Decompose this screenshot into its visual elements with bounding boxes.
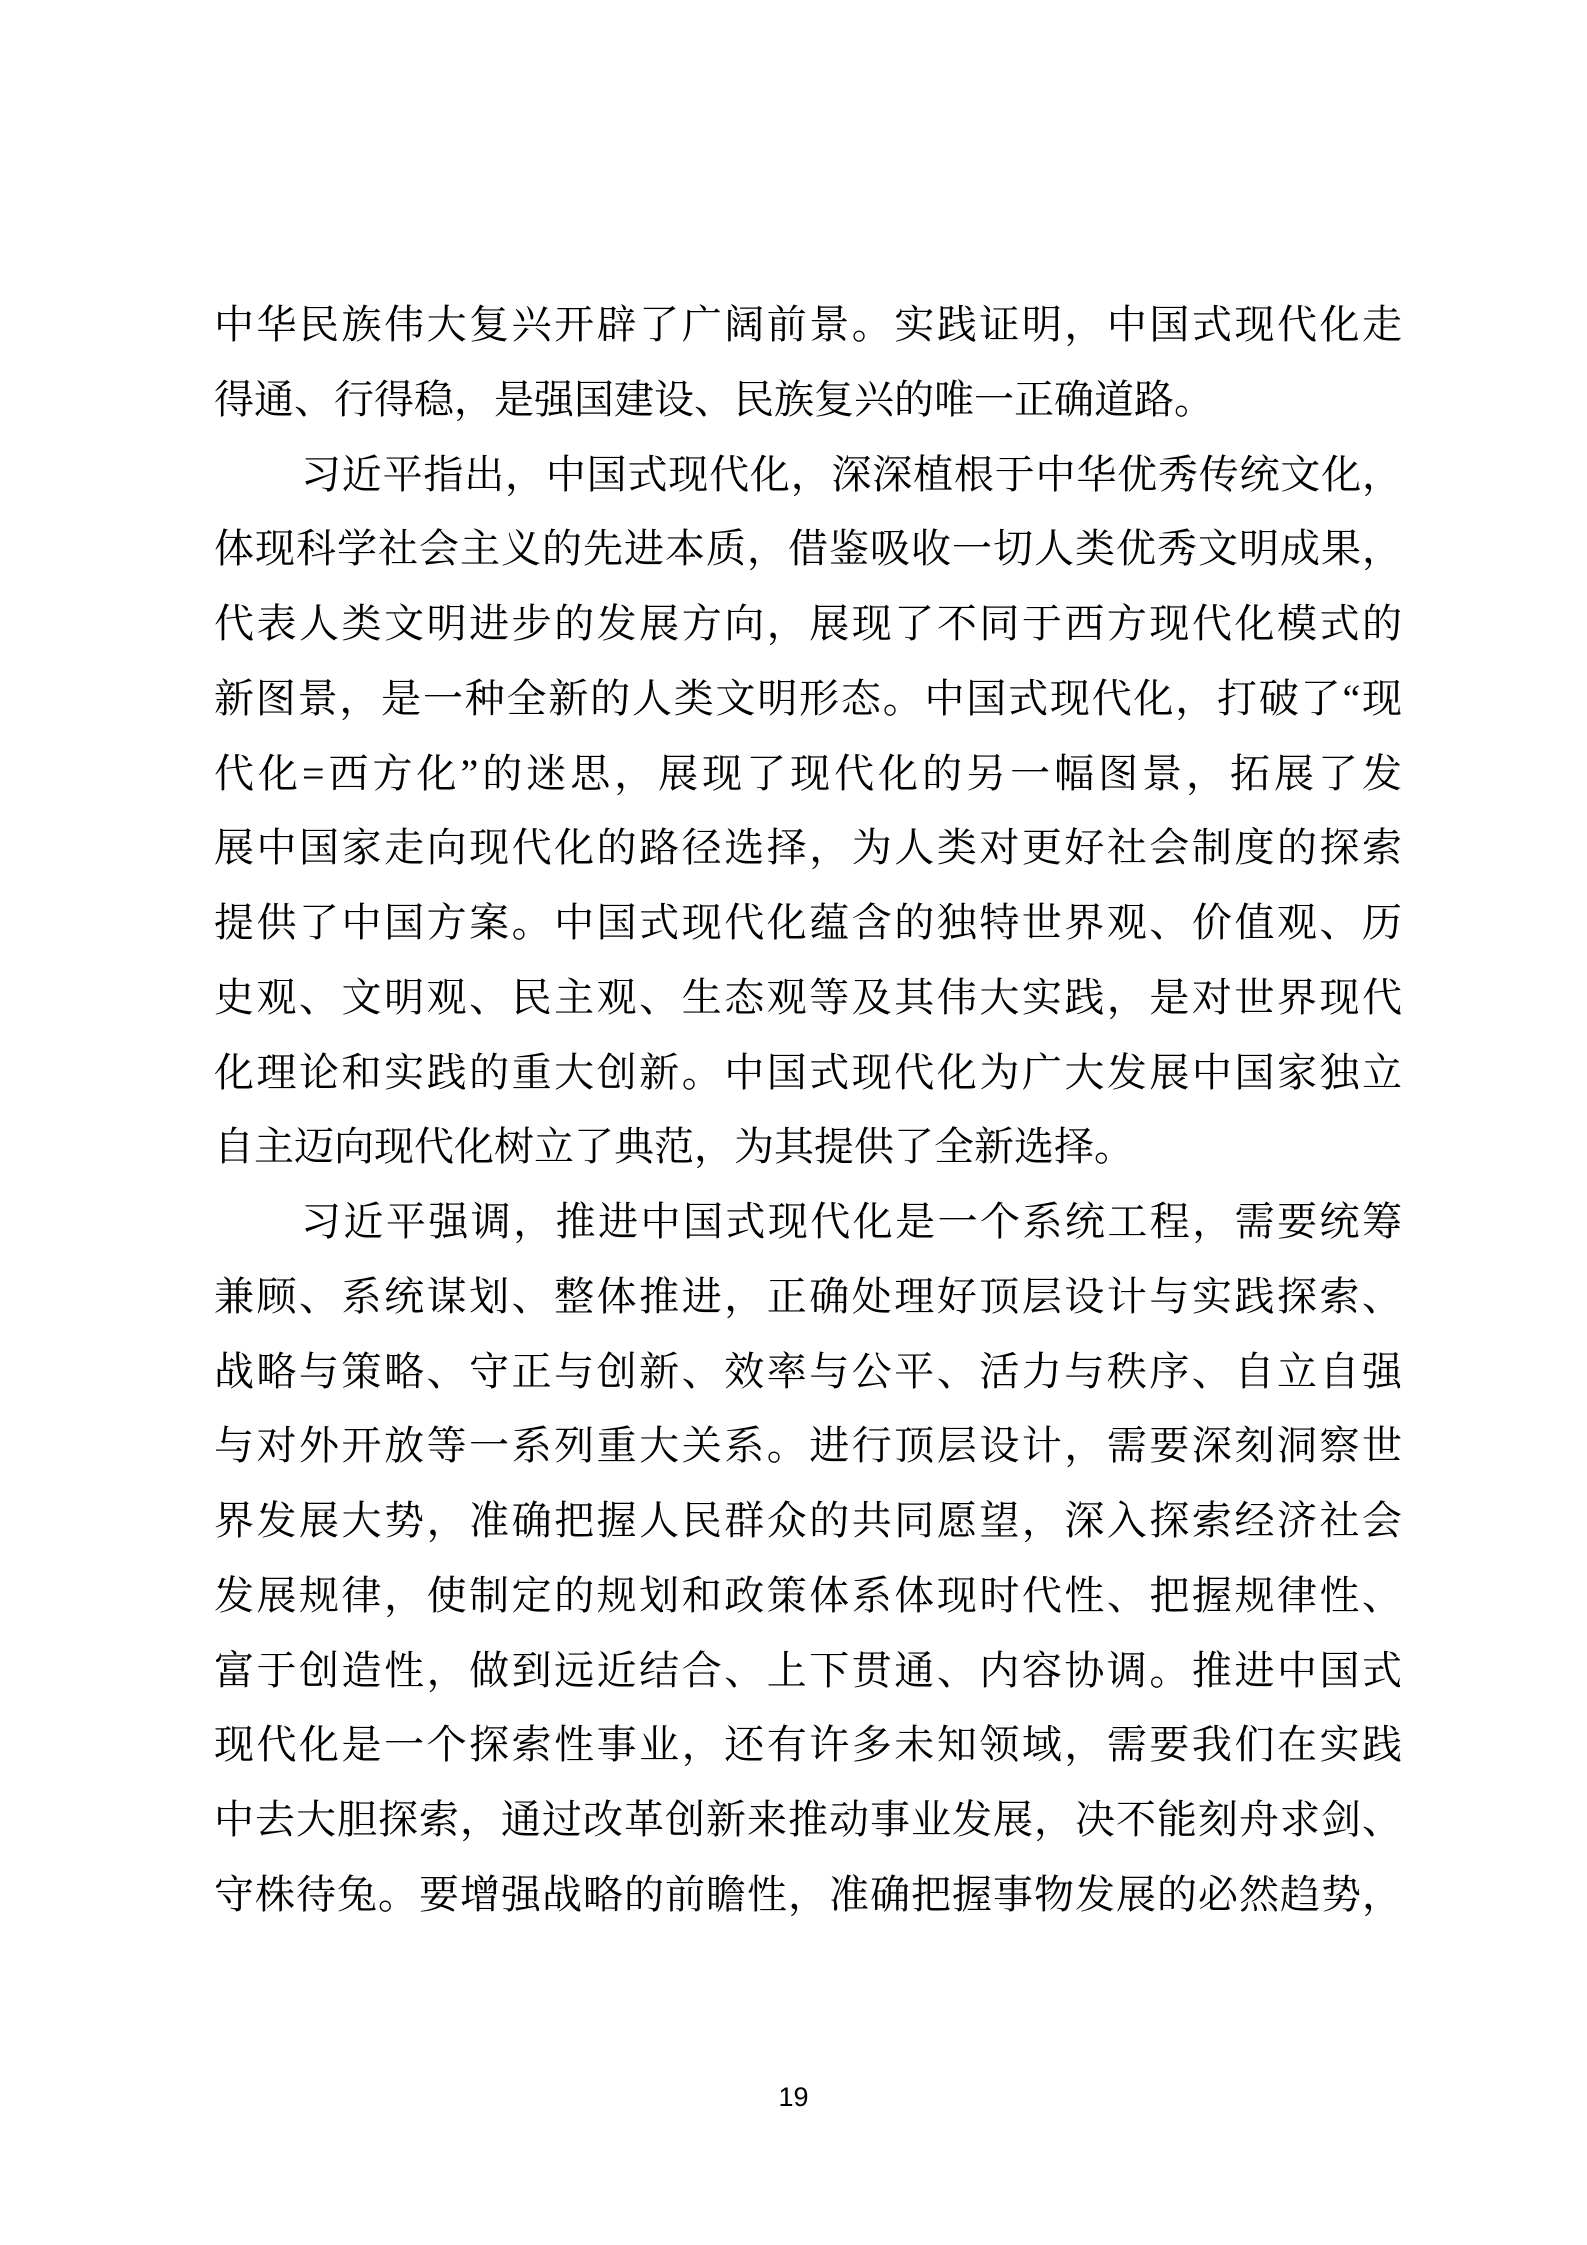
text-line: 体现科学社会主义的先进本质，借鉴吸收一切人类优秀文明成果， <box>214 512 1402 587</box>
text-line: 代表人类文明进步的发展方向，展现了不同于西方现代化模式的 <box>214 587 1402 662</box>
text-line: 富于创造性，做到远近结合、上下贯通、内容协调。推进中国式 <box>214 1634 1402 1709</box>
text-line: 新图景，是一种全新的人类文明形态。中国式现代化，打破了“现 <box>214 662 1402 737</box>
text-line: 化理论和实践的重大创新。中国式现代化为广大发展中国家独立 <box>214 1036 1402 1111</box>
text-line: 提供了中国方案。中国式现代化蕴含的独特世界观、价值观、历 <box>214 886 1402 961</box>
text-line: 代化=西方化”的迷思，展现了现代化的另一幅图景，拓展了发 <box>214 737 1402 812</box>
text-line: 守株待兔。要增强战略的前瞻性，准确把握事物发展的必然趋势， <box>214 1858 1402 1933</box>
page-number: 19 <box>0 2084 1587 2111</box>
text-line: 中华民族伟大复兴开辟了广阔前景。实践证明，中国式现代化走 <box>214 288 1402 363</box>
text-line: 得通、行得稳，是强国建设、民族复兴的唯一正确道路。 <box>214 363 1402 438</box>
text-line: 界发展大势，准确把握人民群众的共同愿望，深入探索经济社会 <box>214 1484 1402 1559</box>
text-line: 展中国家走向现代化的路径选择，为人类对更好社会制度的探索 <box>214 811 1402 886</box>
text-line: 习近平强调，推进中国式现代化是一个系统工程，需要统筹 <box>214 1185 1402 1260</box>
text-line: 中去大胆探索，通过改革创新来推动事业发展，决不能刻舟求剑、 <box>214 1783 1402 1858</box>
document-page: 中华民族伟大复兴开辟了广阔前景。实践证明，中国式现代化走得通、行得稳，是强国建设… <box>0 0 1587 2245</box>
text-line: 兼顾、系统谋划、整体推进，正确处理好顶层设计与实践探索、 <box>214 1260 1402 1335</box>
text-line: 战略与策略、守正与创新、效率与公平、活力与秩序、自立自强 <box>214 1335 1402 1410</box>
text-line: 现代化是一个探索性事业，还有许多未知领域，需要我们在实践 <box>214 1708 1402 1783</box>
text-line: 习近平指出，中国式现代化，深深植根于中华优秀传统文化， <box>214 438 1402 513</box>
text-line: 与对外开放等一系列重大关系。进行顶层设计，需要深刻洞察世 <box>214 1409 1402 1484</box>
document-body-text: 中华民族伟大复兴开辟了广阔前景。实践证明，中国式现代化走得通、行得稳，是强国建设… <box>214 288 1402 1933</box>
text-line: 自主迈向现代化树立了典范，为其提供了全新选择。 <box>214 1110 1402 1185</box>
text-line: 发展规律，使制定的规划和政策体系体现时代性、把握规律性、 <box>214 1559 1402 1634</box>
text-line: 史观、文明观、民主观、生态观等及其伟大实践，是对世界现代 <box>214 961 1402 1036</box>
